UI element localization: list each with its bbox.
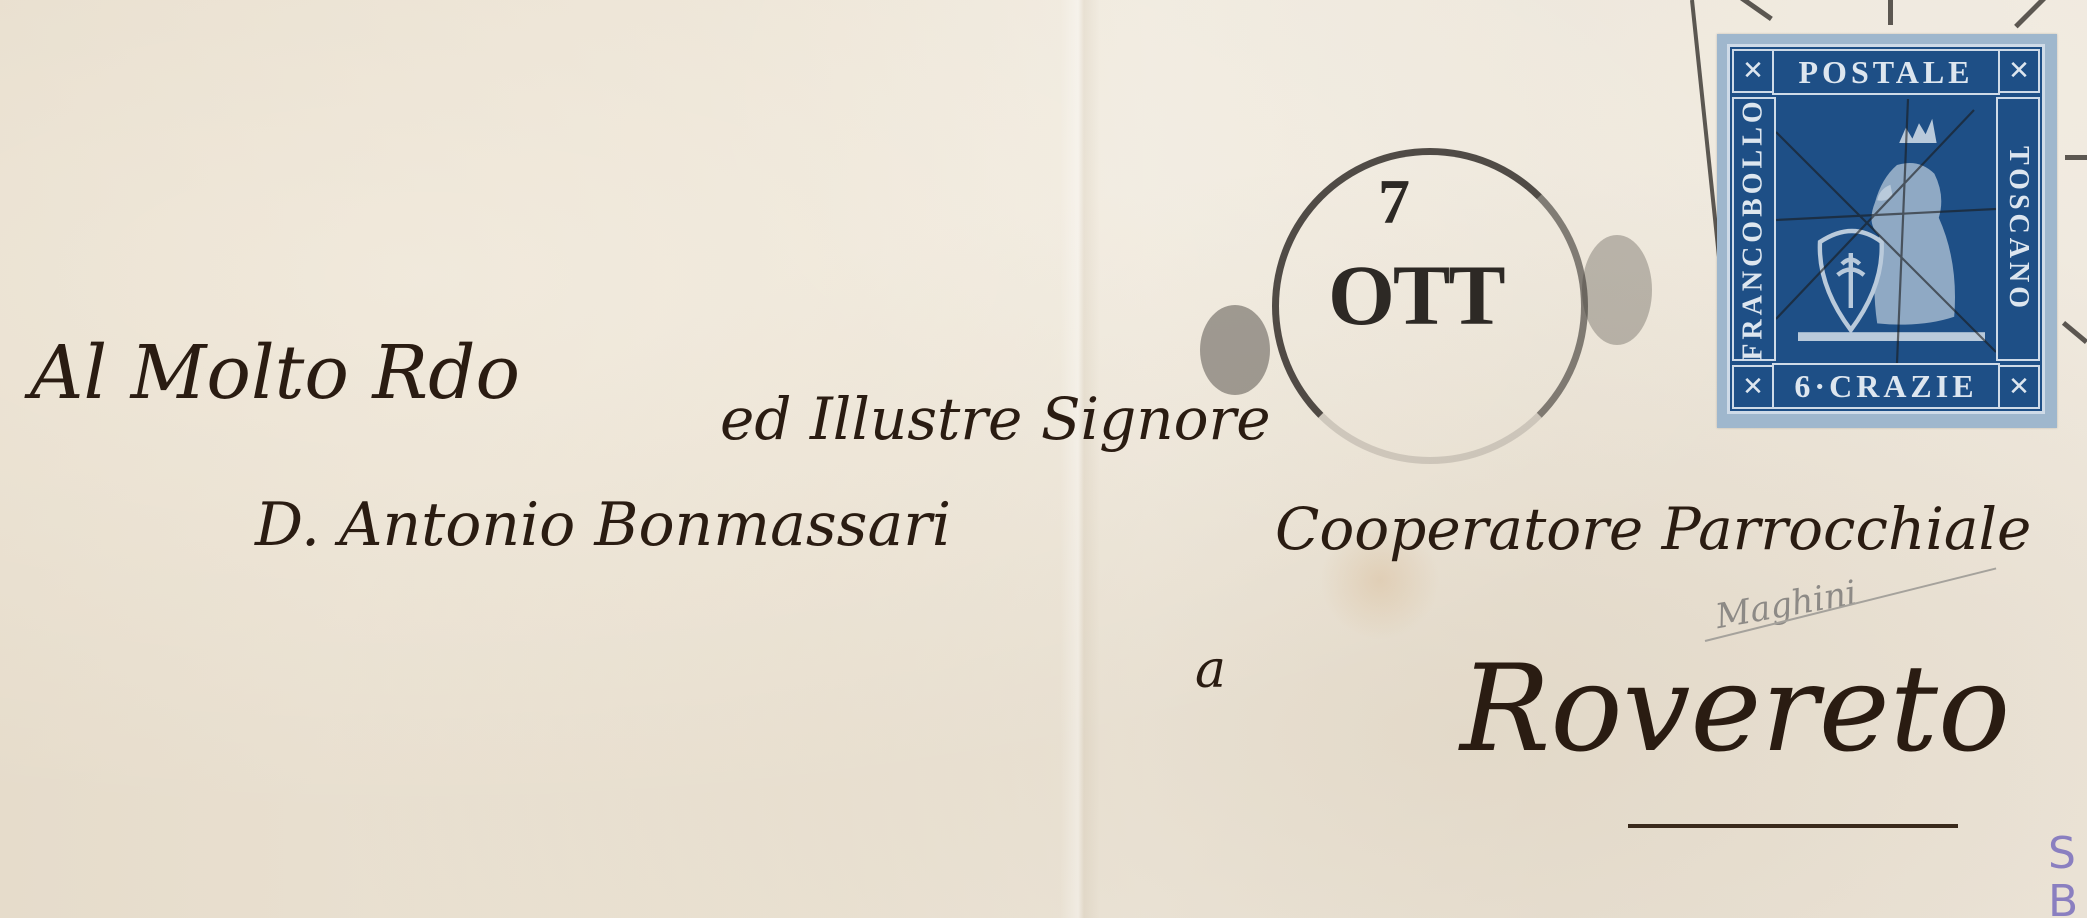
address-line-1b: ed Illustre Signore [720, 385, 1271, 453]
city-underline [1628, 824, 1958, 828]
violet-mark-fragment: S B [2048, 830, 2078, 918]
stamp-left-text: FRANCOBOLLO [1738, 97, 1770, 360]
postage-stamp: ✕ ✕ ✕ ✕ POSTALE FRANCOBOLLO TOSCANO 6·CR… [1717, 34, 2057, 428]
corner-ornament-icon: ✕ [1998, 49, 2040, 93]
stamp-right-text: TOSCANO [2002, 146, 2034, 312]
paper-fold-crease [1060, 0, 1100, 918]
address-line-2: D. Antonio Bonmassari [255, 490, 951, 560]
cancellation-stroke [2065, 155, 2087, 160]
stamp-value-label: 6·CRAZIE [1772, 363, 2000, 409]
crowned-lion-icon [1776, 99, 1996, 363]
cancellation-stroke [1888, 0, 1893, 25]
address-line-3: Cooperatore Parrocchiale [1275, 495, 2031, 563]
postmark-ornament-left [1200, 305, 1270, 395]
postmark-month: OTT [1328, 245, 1504, 345]
destination-city: Rovereto [1460, 640, 2010, 779]
stamp-top-label: POSTALE [1772, 49, 2000, 95]
corner-ornament-icon: ✕ [1998, 365, 2040, 409]
stamp-frame: ✕ ✕ ✕ ✕ POSTALE FRANCOBOLLO TOSCANO 6·CR… [1727, 44, 2045, 414]
address-line-1a: Al Molto Rdo [30, 330, 520, 416]
address-preposition: a [1195, 640, 1226, 700]
postmark-ornament-right [1582, 235, 1652, 345]
corner-ornament-icon: ✕ [1732, 49, 1774, 93]
stamp-right-label: TOSCANO [1996, 97, 2040, 361]
postmark-day: 7 [1378, 165, 1410, 239]
corner-ornament-icon: ✕ [1732, 365, 1774, 409]
stamp-left-label: FRANCOBOLLO [1732, 97, 1776, 361]
